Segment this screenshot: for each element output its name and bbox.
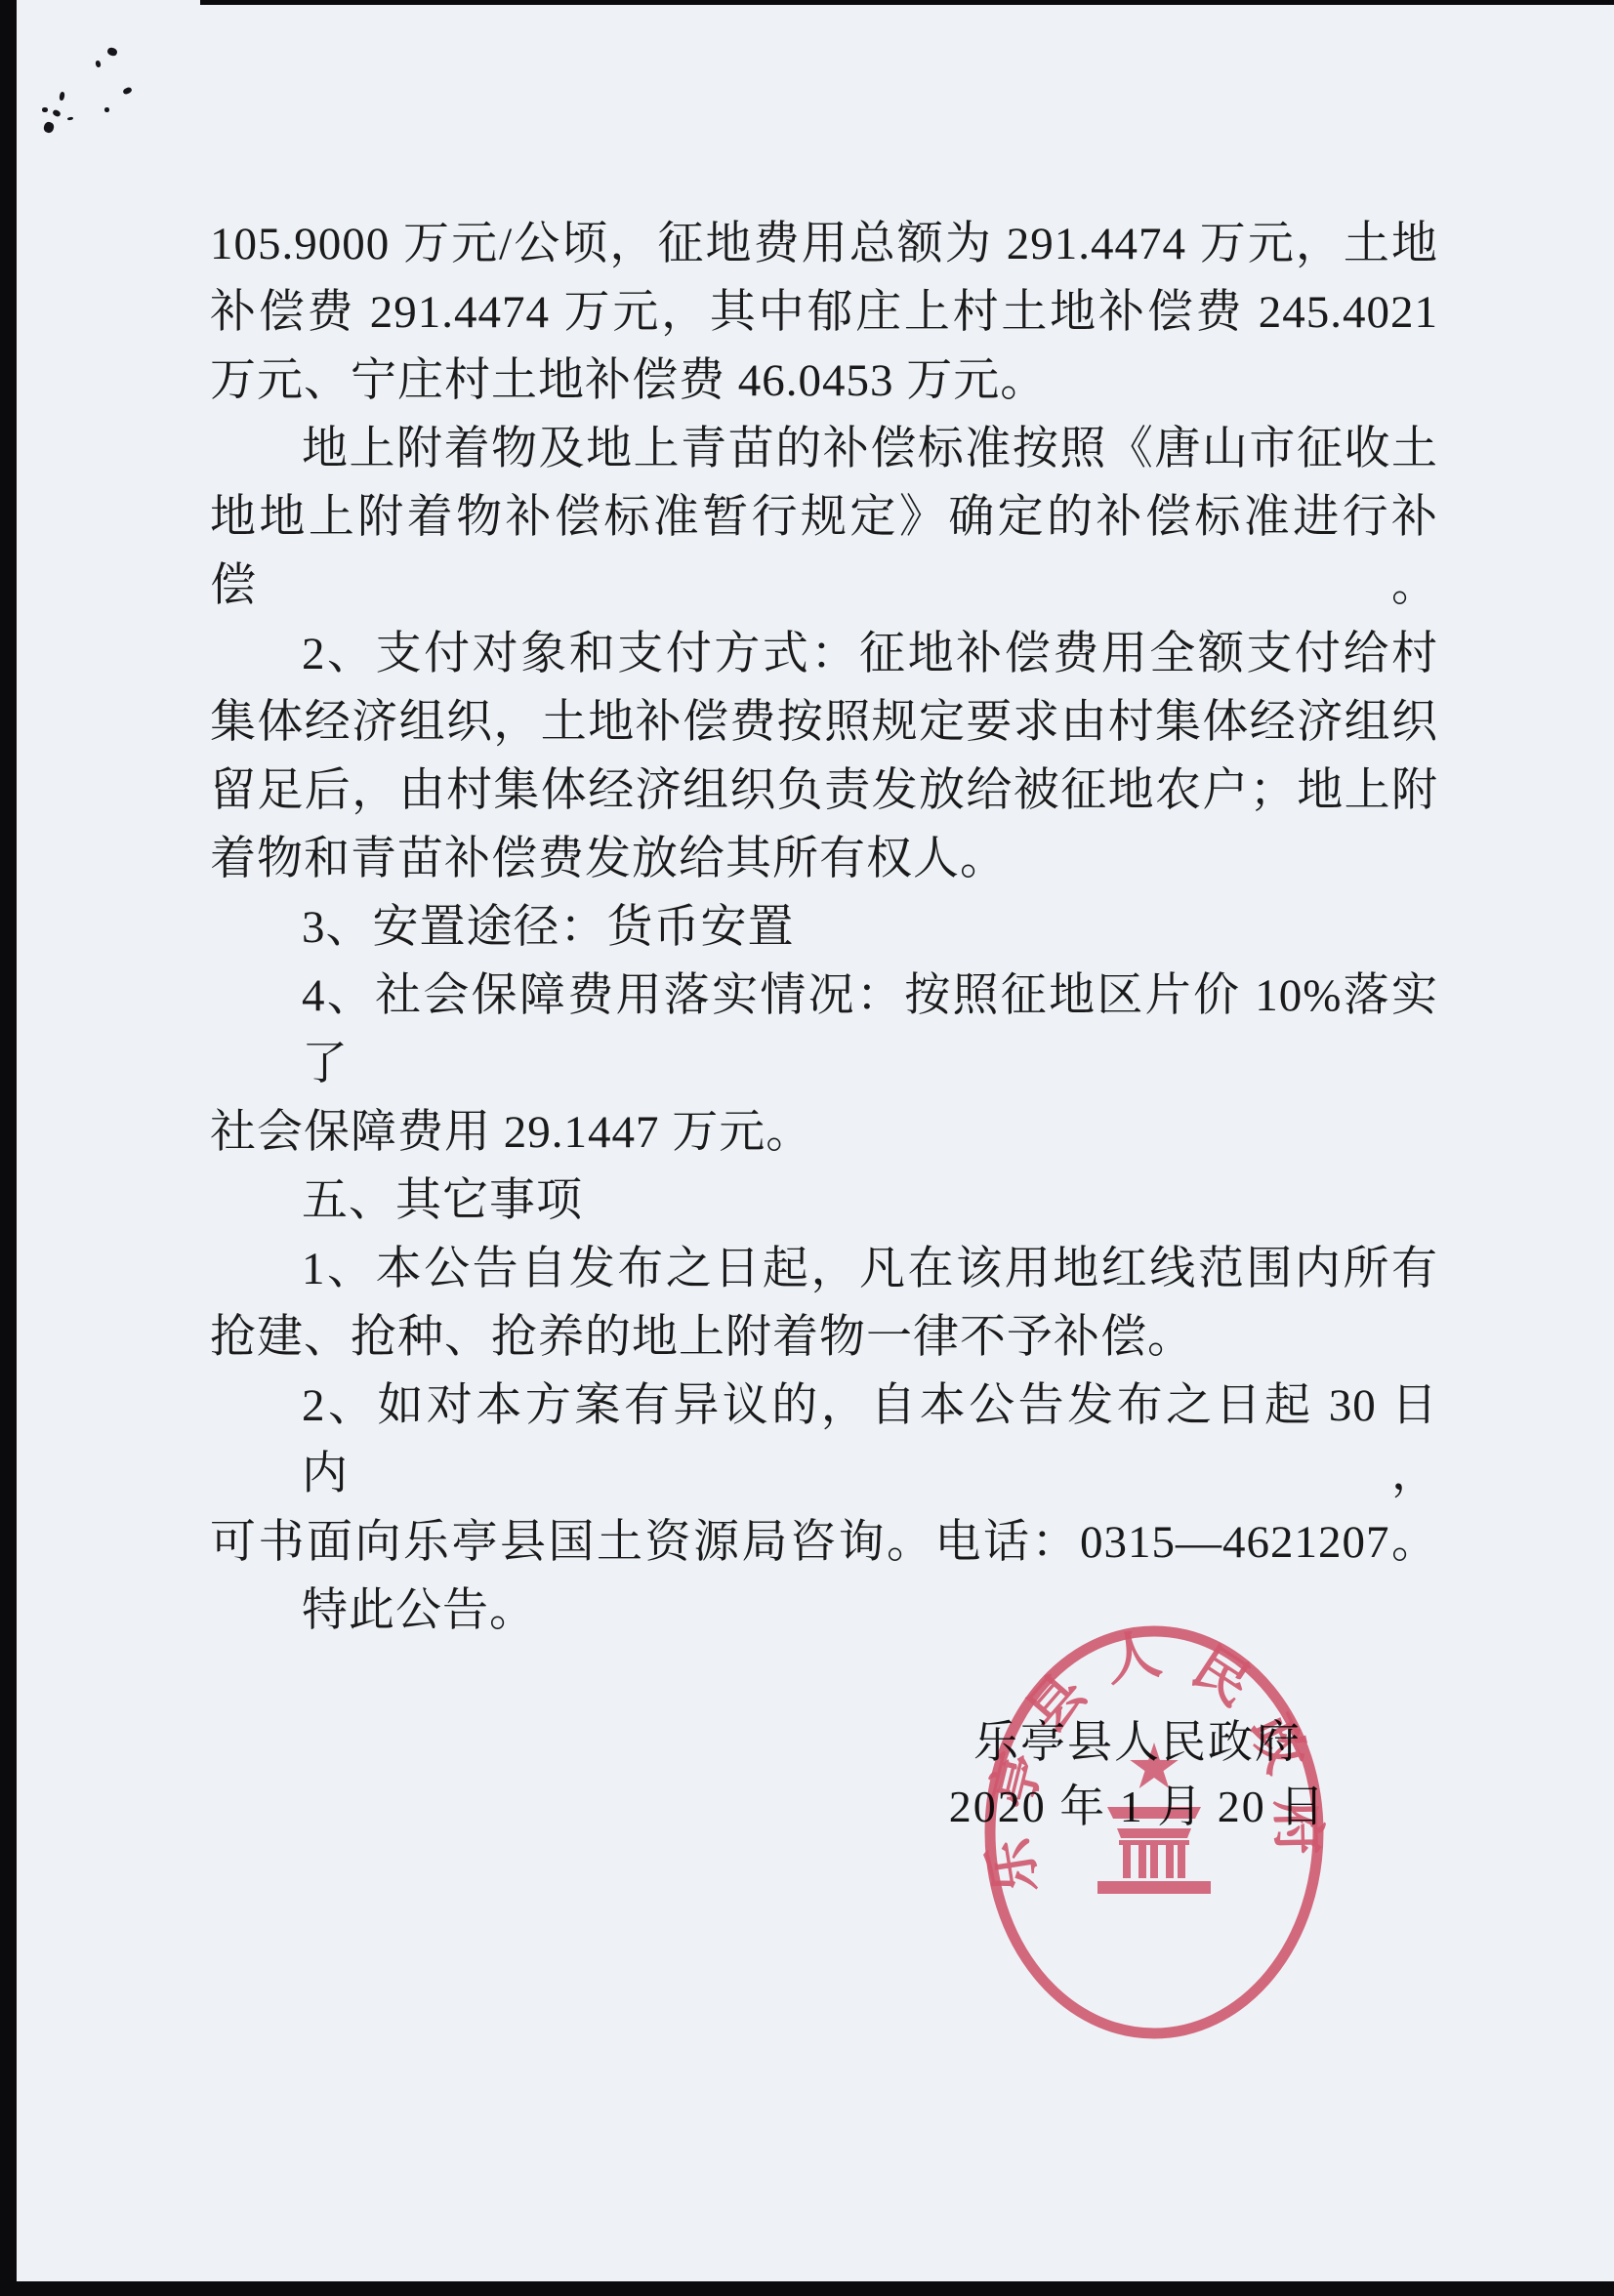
text-line: 五、其它事项: [210, 1167, 1438, 1235]
ink-speck: [104, 107, 109, 112]
text-line: 着物和青苗补偿费发放给其所有权人。: [210, 825, 1438, 893]
text-line: 2、如对本方案有异议的，自本公告发布之日起 30 日内，: [210, 1372, 1438, 1508]
text-line: 补偿费 291.4474 万元，其中郁庄上村土地补偿费 245.4021: [210, 278, 1438, 347]
ink-speck: [122, 86, 133, 95]
text-line: 1、本公告自发布之日起，凡在该用地红线范围内所有: [210, 1235, 1438, 1303]
ink-speck: [59, 92, 64, 102]
text-line: 集体经济组织，土地补偿费按照规定要求由村集体经济组织: [210, 688, 1438, 757]
text-line: 2、支付对象和支付方式：征地补偿费用全额支付给村: [210, 620, 1438, 688]
text-line: 地地上附着物补偿标准暂行规定》确定的补偿标准进行补偿。: [210, 483, 1438, 620]
text-line: 留足后，由村集体经济组织负责发放给被征地农户；地上附: [210, 757, 1438, 825]
text-line: 3、安置途径：货币安置: [210, 893, 1438, 962]
text-line: 抢建、抢种、抢养的地上附着物一律不予补偿。: [210, 1303, 1438, 1372]
scanned-announcement-page: 105.9000 万元/公顷，征地费用总额为 291.4474 万元，土地补偿费…: [0, 0, 1614, 2296]
announcement-text: 105.9000 万元/公顷，征地费用总额为 291.4474 万元，土地补偿费…: [210, 210, 1438, 1645]
ink-speck: [106, 47, 118, 58]
text-line: 地上附着物及地上青苗的补偿标准按照《唐山市征收土: [210, 415, 1438, 483]
ink-speck: [67, 117, 73, 121]
text-line: 万元、宁庄村土地补偿费 46.0453 万元。: [210, 347, 1438, 415]
text-line: 可书面向乐亭县国土资源局咨询。电话：0315—4621207。: [210, 1508, 1438, 1577]
ink-speck: [43, 121, 56, 134]
scan-edge-bottom: [0, 2281, 1614, 2296]
text-line: 105.9000 万元/公顷，征地费用总额为 291.4474 万元，土地: [210, 210, 1438, 278]
ink-speck: [95, 60, 102, 67]
ink-speck: [52, 108, 62, 117]
ink-speck: [42, 107, 48, 112]
official-seal: 乐亭县人民政府: [979, 1621, 1329, 2043]
national-emblem-icon: [1097, 1742, 1211, 1894]
scan-edge-top: [200, 0, 1614, 5]
scan-edge-left: [0, 0, 17, 2296]
text-line: 社会保障费用 29.1447 万元。: [210, 1098, 1438, 1167]
text-line: 4、社会保障费用落实情况：按照征地区片价 10%落实了: [210, 962, 1438, 1098]
